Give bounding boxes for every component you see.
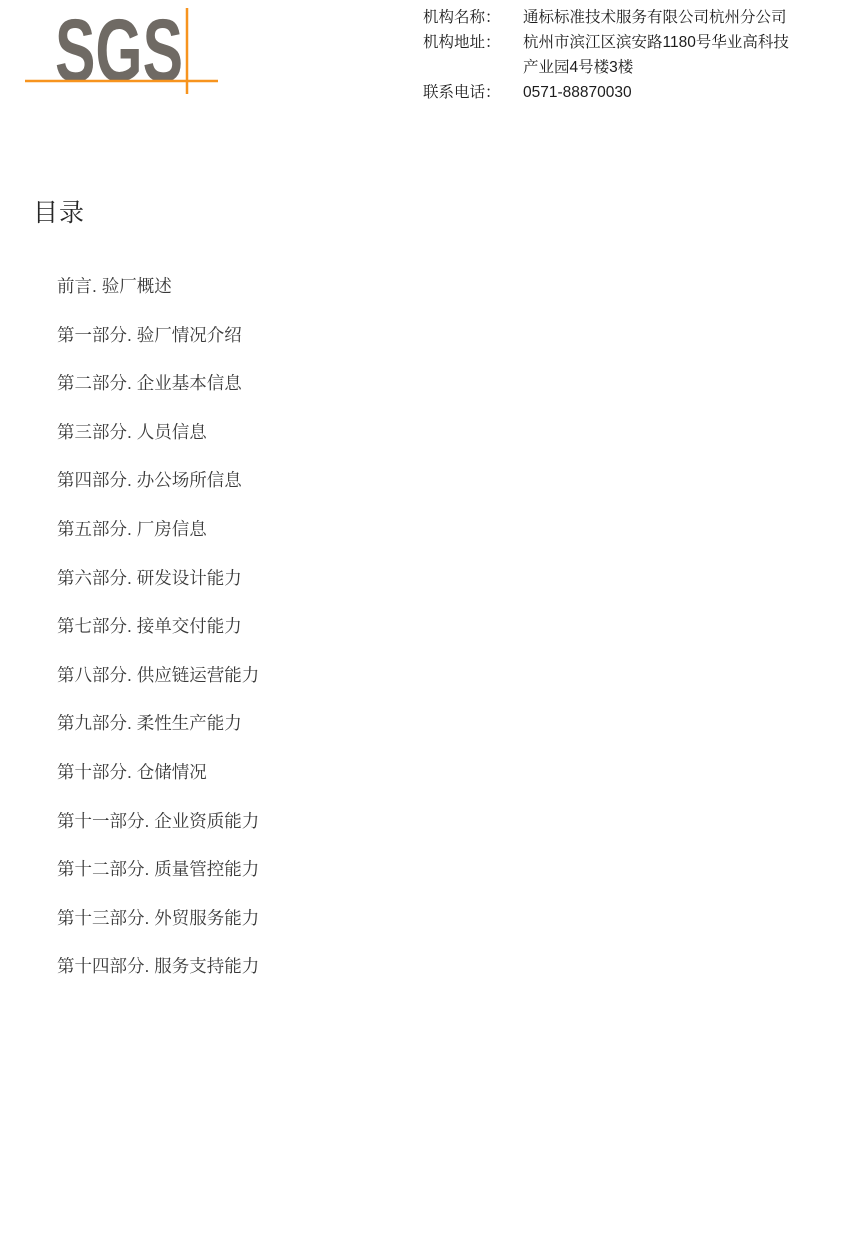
sgs-logo: SGS bbox=[0, 0, 240, 110]
agency-name-text: 通标标准技术服务有限公司杭州分公司 bbox=[523, 5, 818, 30]
toc-item-part-13: 第十三部分. 外贸服务能力 bbox=[57, 908, 259, 957]
contact-phone-row: 联系电话： 0571-88870030 bbox=[423, 80, 825, 105]
contact-phone-value: 0571-88870030 bbox=[523, 80, 818, 105]
agency-address-row: 机构地址： 杭州市滨江区滨安路1180号华业高科技 产业园4号楼3楼 bbox=[423, 30, 825, 80]
agency-name-value: 通标标准技术服务有限公司杭州分公司 bbox=[523, 5, 818, 30]
toc-title: 目录 bbox=[33, 193, 85, 229]
toc-item-part-1: 第一部分. 验厂情况介绍 bbox=[57, 325, 259, 374]
agency-name-row: 机构名称： 通标标准技术服务有限公司杭州分公司 bbox=[423, 5, 825, 30]
toc-item-part-3: 第三部分. 人员信息 bbox=[57, 422, 259, 471]
toc-item-part-2: 第二部分. 企业基本信息 bbox=[57, 373, 259, 422]
sgs-logo-text: SGS bbox=[55, 0, 183, 100]
agency-address-label: 机构地址： bbox=[423, 30, 523, 55]
agency-name-label: 机构名称： bbox=[423, 5, 523, 30]
toc-item-part-10: 第十部分. 仓储情况 bbox=[57, 762, 259, 811]
toc-item-part-7: 第七部分. 接单交付能力 bbox=[57, 616, 259, 665]
sgs-logo-graphic: SGS bbox=[0, 0, 240, 110]
toc-item-part-5: 第五部分. 厂房信息 bbox=[57, 519, 259, 568]
toc-item-part-12: 第十二部分. 质量管控能力 bbox=[57, 859, 259, 908]
toc-item-part-4: 第四部分. 办公场所信息 bbox=[57, 470, 259, 519]
toc-item-preface: 前言. 验厂概述 bbox=[57, 276, 259, 325]
agency-address-value: 杭州市滨江区滨安路1180号华业高科技 产业园4号楼3楼 bbox=[523, 30, 818, 80]
agency-info: 机构名称： 通标标准技术服务有限公司杭州分公司 机构地址： 杭州市滨江区滨安路1… bbox=[423, 5, 825, 105]
toc-item-part-11: 第十一部分. 企业资质能力 bbox=[57, 811, 259, 860]
toc-item-part-14: 第十四部分. 服务支持能力 bbox=[57, 956, 259, 1005]
toc-item-part-6: 第六部分. 研发设计能力 bbox=[57, 568, 259, 617]
agency-address-line-2: 产业园4号楼3楼 bbox=[523, 55, 818, 80]
toc-item-part-9: 第九部分. 柔性生产能力 bbox=[57, 713, 259, 762]
contact-phone-number: 0571-88870030 bbox=[523, 80, 818, 105]
toc-list: 前言. 验厂概述 第一部分. 验厂情况介绍 第二部分. 企业基本信息 第三部分.… bbox=[57, 276, 259, 1005]
toc-item-part-8: 第八部分. 供应链运营能力 bbox=[57, 665, 259, 714]
agency-address-line-1: 杭州市滨江区滨安路1180号华业高科技 bbox=[523, 30, 818, 55]
contact-phone-label: 联系电话： bbox=[423, 80, 523, 105]
